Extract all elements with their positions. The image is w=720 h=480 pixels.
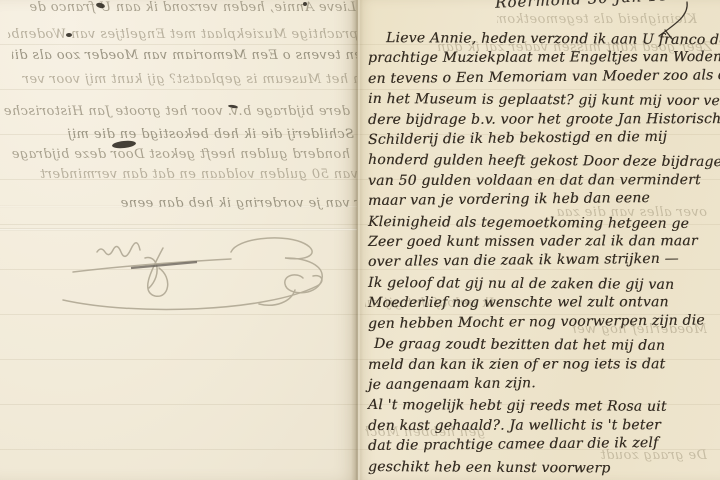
bleedthrough-line: Schilderij die ik heb bekostigd en die m…	[4, 127, 354, 142]
bleedthrough-line: in het Museum is geplaatst? gij kunt mij…	[16, 72, 366, 87]
left-page: Lieve Annie, heden verzond ik aan U fran…	[0, 0, 357, 480]
letter-line: geschikt heb een kunst voorwerp	[368, 457, 720, 480]
letter-line: en tevens o Een Memoriam van Moeder zoo …	[368, 65, 720, 89]
letter-line: je aangenaam kan zijn.	[368, 371, 720, 395]
letter-line: Schilderij die ik heb bekostigd en die m…	[368, 126, 720, 150]
letter-line: dat die prachtige camee daar die ik zelf	[368, 432, 720, 456]
ink-blot	[66, 33, 72, 37]
ink-blot	[303, 2, 307, 6]
bleedthrough-line: van 50 gulden voldaan en dat dan vermind…	[8, 167, 358, 182]
letter-line: over alles van die zaak ik kwam strijken…	[368, 249, 720, 273]
bleedthrough-line: honderd gulden heeft gekost Door deze bi…	[0, 147, 350, 162]
right-page: Roermond 30 Jan 18 Kleinigheid als tegem…	[357, 0, 720, 480]
signature-underline	[63, 276, 322, 310]
signature-big-loop	[231, 238, 322, 293]
bleedthrough-line: maar van je vordering ik heb dan eene	[40, 196, 390, 211]
signature-tail	[259, 290, 295, 305]
letter-line: maar van je vordering ik heb dan eene	[368, 188, 720, 212]
center-fold-line	[351, 0, 363, 480]
letter-line: gen hebben Mocht er nog voorwerpen zijn …	[368, 310, 720, 334]
signature-flourish	[45, 230, 335, 330]
signature-scribble	[97, 243, 140, 257]
signature-j-loop	[145, 248, 168, 296]
bleedthrough-line: prachtige Muziekplaat met Engeltjes van …	[8, 27, 358, 42]
bleedthrough-line: dere bijdrage b.v. voor het groote Jan H…	[0, 104, 350, 119]
letter-scan: Lieve Annie, heden verzond ik aan U fran…	[0, 0, 720, 480]
letter-body: Lieve Annie, heden verzond ik aan U fran…	[368, 28, 720, 477]
fold-crease-faint	[0, 205, 357, 208]
bleedthrough-line: en tevens o Een Memoriam van Moeder zoo …	[12, 48, 362, 63]
